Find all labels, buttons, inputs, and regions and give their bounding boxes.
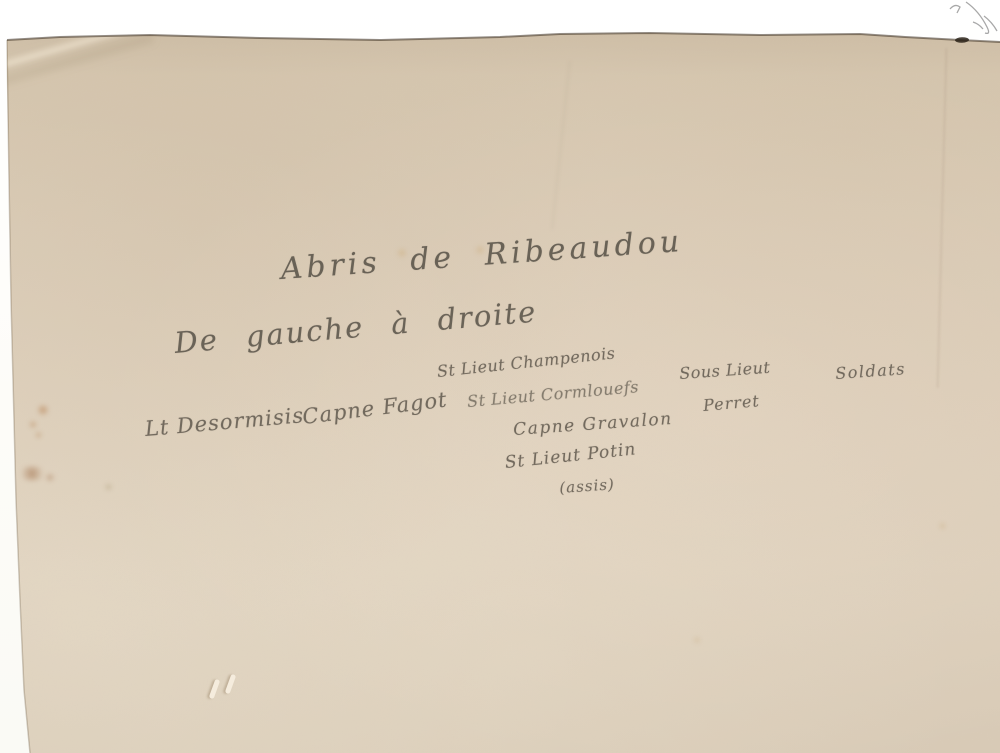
paper-sheet: Abris de Ribeaudou De gauche à droite Lt… bbox=[0, 0, 1000, 753]
rust-stain bbox=[18, 466, 46, 481]
corner-fold-crease bbox=[0, 18, 145, 75]
pencil-scribble bbox=[950, 2, 997, 33]
seated-note: (assis) bbox=[559, 475, 616, 497]
name-annotation-potin: St Lieut Potin bbox=[504, 439, 637, 473]
name-annotation-cormlouefs: St Lieut Cormlouefs bbox=[466, 377, 639, 411]
foxing-spot bbox=[692, 636, 702, 644]
name-annotation-soldats: Soldats bbox=[835, 359, 907, 383]
rust-stain bbox=[28, 420, 38, 429]
scanned-photo-verso: Abris de Ribeaudou De gauche à droite Lt… bbox=[0, 0, 1000, 753]
name-annotation-champenois: St Lieut Champenois bbox=[436, 343, 616, 381]
corner-fold-shadow bbox=[0, 33, 154, 89]
foxing-spot bbox=[104, 483, 113, 491]
name-annotation-perret: Perret bbox=[702, 391, 760, 415]
name-annotation-gravalon: Capne Gravalon bbox=[513, 409, 674, 440]
rust-stain bbox=[36, 404, 50, 416]
rust-stain bbox=[44, 473, 56, 482]
rust-stain bbox=[34, 431, 43, 439]
foxing-spot bbox=[938, 522, 947, 530]
embossed-mark bbox=[225, 674, 237, 695]
vertical-crease bbox=[937, 48, 948, 388]
handwritten-direction-note: De gauche à droite bbox=[173, 294, 539, 360]
name-annotation-fagot: Capne Fagot bbox=[301, 387, 449, 429]
faint-crease bbox=[551, 60, 571, 229]
handwritten-title: Abris de Ribeaudou bbox=[280, 224, 685, 287]
name-annotation-desormisis: Lt Desormisis bbox=[144, 403, 305, 441]
embossed-mark bbox=[209, 679, 221, 700]
name-annotation-sous-lieut: Sous Lieut bbox=[679, 358, 771, 383]
